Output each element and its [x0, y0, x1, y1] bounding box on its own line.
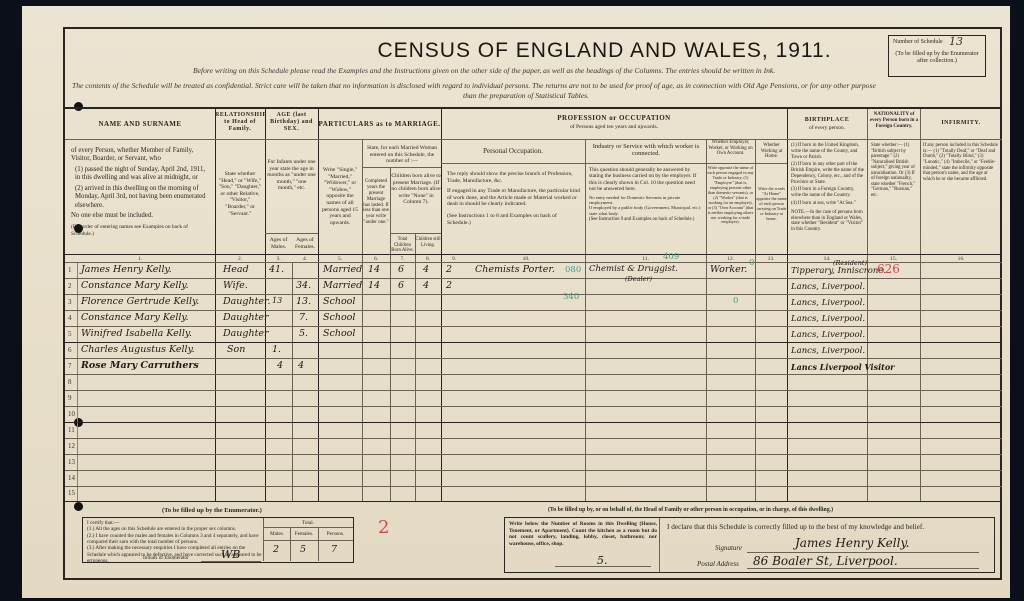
census-table: NAME AND SURNAME of every Person, whethe… — [65, 107, 1002, 499]
row-number: 6 — [68, 346, 72, 354]
cell-birthplace: Lancs, Liverpool. — [791, 314, 865, 324]
header-nationality: NATIONALITY of every Person born in a Fo… — [868, 112, 920, 130]
row-number: 11 — [68, 426, 75, 434]
cell-name: Constance Mary Kelly. — [81, 312, 189, 323]
header-relationship-body: State whether "Head," or "Wife," "Son," … — [217, 171, 263, 217]
cell-name: Charles Augustus Kelly. — [81, 344, 195, 355]
row-number: 5 — [68, 330, 72, 338]
cell-relationship: Daughter — [223, 328, 269, 339]
header-marriage: PARTICULARS as to MARRIAGE. — [318, 120, 441, 128]
column-number: 8. — [415, 256, 441, 262]
cell-name: Constance Mary Kelly. — [81, 280, 189, 291]
cell-female-age: 7. — [299, 312, 308, 323]
header-age-females: Ages of Females. — [292, 237, 318, 250]
cell-name: Rose Mary Carruthers — [81, 360, 199, 371]
rooms-instruction: Write below the Number of Rooms in this … — [509, 521, 657, 547]
declaration-text: I declare that this Schedule is correctl… — [667, 522, 924, 531]
cell-children-living: 4 — [423, 280, 429, 291]
cell-birthplace: Lancs, Liverpool. — [791, 346, 865, 356]
cell-condition: Married — [323, 280, 362, 291]
cell-occupation: Chemists Porter. — [475, 264, 555, 275]
total-females: 5 — [300, 544, 306, 555]
cell-children-died: 2 — [446, 264, 452, 275]
row-number: 9 — [68, 394, 72, 402]
cell-female-age: 4 — [298, 360, 304, 371]
header-marriage-condition: Write "Single," "Married," "Widower," or… — [320, 167, 360, 226]
column-number: 11. — [585, 256, 706, 262]
header-employer-body: Write opposite the name of each person e… — [707, 166, 754, 225]
cell-birthplace: Lancs, Liverpool. — [791, 330, 865, 340]
cell-employer-code: 0 — [749, 258, 754, 268]
cell-condition: School — [323, 296, 355, 307]
cell-birthplace: Tipperary, Inniscrone. — [791, 266, 886, 276]
column-number: 1. — [65, 256, 215, 262]
cell-years-married: 14 — [368, 264, 380, 275]
cell-birthplace: Lancs Liverpool Visitor — [791, 362, 894, 372]
enumerator-box: I certify that:— (1.) All the ages on th… — [82, 517, 354, 563]
row-number: 10 — [68, 410, 75, 418]
cell-condition: School — [323, 312, 355, 323]
cell-name: James Henry Kelly. — [81, 264, 172, 275]
header-occupation-subtitle: of Persons aged ten years and upwards. — [441, 124, 787, 131]
document-title: CENSUS OF ENGLAND AND WALES, 1911. — [65, 39, 1004, 63]
initials-label: Initials of Enumerator — [143, 555, 189, 561]
cell-children-born: 6 — [398, 280, 404, 291]
cell-birthplace-note: (Resident) — [833, 259, 867, 267]
cell-occupation-code: 080 — [565, 265, 581, 275]
column-number: 10. — [467, 256, 585, 262]
column-number: 7. — [390, 256, 415, 262]
cell-relationship: Son — [227, 344, 245, 355]
instruction-line: Before writing on this Schedule please r… — [193, 66, 775, 75]
signature-label: Signature — [715, 544, 742, 552]
signature: James Henry Kelly. — [795, 536, 909, 550]
column-number: 13. — [755, 256, 787, 262]
total-persons: 7 — [331, 544, 337, 555]
row-number: 15 — [68, 489, 75, 497]
cell-male-age: 41. — [269, 264, 284, 275]
column-number: 16. — [920, 256, 1002, 262]
total-label: Total. — [263, 520, 353, 526]
postal-address-label: Postal Address — [697, 560, 739, 568]
column-number: 4. — [292, 256, 318, 262]
head-of-family-box: Write below the Number of Rooms in this … — [504, 517, 995, 573]
cell-industry: Chemist & Druggist. — [589, 264, 678, 274]
cell-female-age: 34. — [296, 280, 311, 291]
cell-condition: Married — [323, 264, 362, 275]
header-infirmity: INFIRMITY. — [920, 120, 1002, 127]
cell-children-born: 6 — [398, 264, 404, 275]
header-total-born: Total Children Born Alive. — [390, 237, 415, 254]
header-employer: Whether Employer, Worker, or Working on … — [707, 140, 754, 157]
enumerator-initials: WB — [221, 548, 240, 561]
column-number: 3. — [265, 256, 292, 262]
header-industry: Industry or Service with which worker is… — [587, 143, 705, 158]
column-number: 12. — [706, 256, 755, 262]
header-age: AGE (last Birthday) and SEX. — [265, 112, 318, 133]
header-age-body: For Infants under one year state the age… — [267, 159, 316, 192]
cell-birthplace: Lancs, Liverpool. — [791, 298, 865, 308]
cell-nationality-code: 626 — [877, 262, 900, 276]
cell-employer-code: 0 — [733, 296, 738, 306]
header-birthplace-body: (1) If born in the United Kingdom, write… — [791, 143, 865, 233]
header-married-women: State, for each Married Woman entered on… — [364, 145, 440, 165]
header-completed-years: Completed years the present Marriage has… — [363, 179, 389, 226]
header-birthplace: BIRTHPLACE — [787, 117, 867, 124]
header-personal-occupation: Personal Occupation. — [441, 147, 585, 155]
cell-industry-note: (Dealer) — [625, 275, 652, 283]
cell-birthplace: Lancs, Liverpool. — [791, 282, 865, 292]
header-name-body: of every Person, whether Member of Famil… — [71, 147, 211, 237]
header-industry-body: This question should generally be answer… — [589, 167, 703, 223]
cell-name: Florence Gertrude Kelly. — [81, 296, 199, 307]
total-males: 2 — [273, 544, 279, 555]
cell-female-age: 13. — [296, 296, 311, 307]
row-number: 4 — [68, 314, 72, 322]
confidential-line-2: than the preparation of Statistical Tabl… — [463, 91, 589, 100]
row-number: 14 — [68, 474, 75, 482]
females-label: Females. — [290, 531, 318, 537]
column-number: 5. — [318, 256, 362, 262]
cell-male-age: 1. — [272, 344, 281, 355]
cell-occupation-code: 340 — [563, 292, 579, 302]
cell-name: Winifred Isabella Kelly. — [81, 328, 192, 339]
males-label: Males. — [264, 531, 290, 537]
red-mark: 2 — [378, 517, 389, 538]
column-number: 2. — [215, 256, 265, 262]
cell-children-died: 2 — [446, 280, 452, 291]
cell-condition: School — [323, 328, 355, 339]
schedule-number-note: (To be filled up by the Enumerator after… — [893, 51, 981, 66]
row-number: 8 — [68, 378, 72, 386]
postal-address: 86 Boaler St, Liverpool. — [753, 554, 898, 568]
cell-years-married: 14 — [368, 280, 380, 291]
schedule-number-label: Number of Schedule — [893, 39, 981, 47]
header-children-born: Children born alive to present Marriage.… — [391, 173, 441, 206]
header-birthplace-subtitle: of every person. — [787, 125, 867, 132]
cell-relationship: Daughter — [223, 312, 269, 323]
row-number: 1 — [68, 266, 72, 274]
cell-female-age: 5. — [299, 328, 308, 339]
cell-children-living: 4 — [423, 264, 429, 275]
census-form-frame: CENSUS OF ENGLAND AND WALES, 1911. Befor… — [63, 27, 1002, 580]
header-nationality-body: State whether:— (1) "British subject by … — [871, 143, 918, 198]
column-number: 9. — [441, 256, 467, 262]
cell-employer: Worker. — [710, 264, 747, 275]
column-number: 6. — [362, 256, 390, 262]
schedule-number: 13 — [949, 35, 963, 49]
header-at-home-body: Write the words "At Home" opposite the n… — [756, 187, 787, 222]
cell-relationship: Wife. — [223, 280, 248, 291]
header-occupation: PROFESSION or OCCUPATION — [441, 114, 787, 122]
cell-industry-code: 409 — [663, 252, 679, 262]
enumerator-heading: (To be filled up by the Enumerator.) — [162, 507, 262, 514]
schedule-number-box: Number of Schedule 13 (To be filled up b… — [888, 35, 986, 77]
row-number: 2 — [68, 282, 72, 290]
row-number: 12 — [68, 442, 75, 450]
cell-relationship: Head — [223, 264, 249, 275]
confidential-line-1: The contents of the Schedule will be tre… — [72, 81, 876, 90]
header-personal-body: The reply should show the precise branch… — [447, 171, 581, 226]
header-age-males: Ages of Males. — [265, 237, 292, 250]
cell-relationship: Daughter. — [223, 296, 271, 307]
cell-male-age: 4 — [277, 360, 283, 371]
header-infirmity-body: If any person included in this Schedule … — [923, 143, 999, 183]
cell-male-age: 13 — [272, 296, 282, 305]
header-name: NAME AND SURNAME — [65, 120, 215, 128]
persons-label: Persons. — [318, 531, 353, 537]
header-relationship: RELATIONSHIP to Head of Family. — [215, 112, 265, 133]
row-number: 7 — [68, 362, 72, 370]
row-number: 13 — [68, 458, 75, 466]
rooms-count: 5. — [597, 554, 608, 567]
head-of-family-heading: (To be filled up by, or on behalf of, th… — [548, 507, 833, 513]
header-at-home: Whether Working at Home. — [756, 143, 787, 160]
header-still-living: Children still Living. — [415, 237, 441, 248]
row-number: 3 — [68, 298, 72, 306]
